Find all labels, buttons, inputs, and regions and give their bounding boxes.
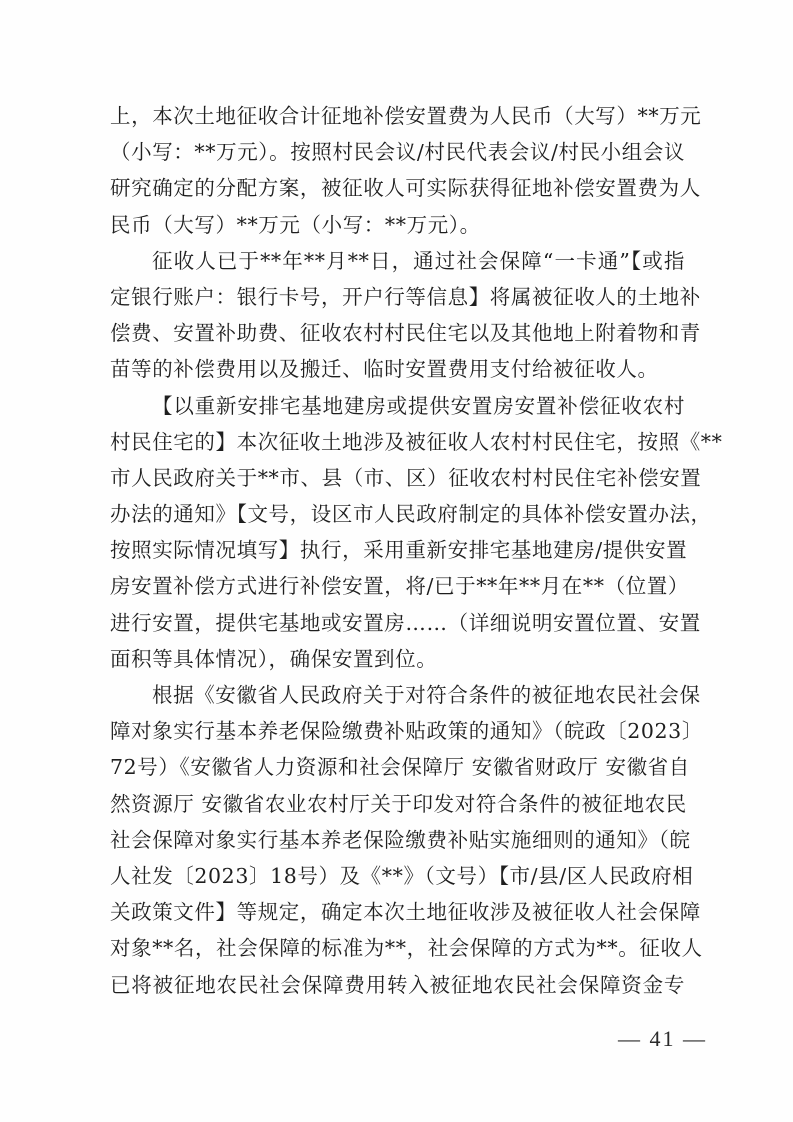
text-line: 定银行账户：银行卡号，开户行等信息】将属被征收人的土地补 <box>110 279 685 315</box>
text-line: 【以重新安排宅基地建房或提供安置房安置补偿征收农村 <box>110 388 685 424</box>
paragraph-social-security: 根据《安徽省人民政府关于对符合条件的被征地农民社会保 障对象实行基本养老保险缴费… <box>110 677 685 1003</box>
document-page: 上，本次土地征收合计征地补偿安置费为人民币（大写）**万元 （小写：**万元）。… <box>0 0 793 1122</box>
text-line: 市人民政府关于**市、县（市、区）征收农村村民住宅补偿安置 <box>110 460 685 496</box>
text-line: 房安置补偿方式进行补偿安置，将/已于**年**月在**（位置） <box>110 568 685 604</box>
paragraph-compensation-amount: 上，本次土地征收合计征地补偿安置费为人民币（大写）**万元 （小写：**万元）。… <box>110 98 685 243</box>
text-line: 进行安置，提供宅基地或安置房……（详细说明安置位置、安置 <box>110 605 685 641</box>
text-line: 偿费、安置补助费、征收农村村民住宅以及其他地上附着物和青 <box>110 315 685 351</box>
page-number: — 41 — <box>618 1026 707 1052</box>
text-line: 民币（大写）**万元（小写：**万元）。 <box>110 207 685 243</box>
text-line: 村民住宅的】本次征收土地涉及被征收人农村村民住宅，按照《** <box>110 424 685 460</box>
text-line: 关政策文件】等规定，确定本次土地征收涉及被征收人社会保障 <box>110 894 685 930</box>
paragraph-resettlement: 【以重新安排宅基地建房或提供安置房安置补偿征收农村 村民住宅的】本次征收土地涉及… <box>110 388 685 678</box>
text-line: 社会保障对象实行基本养老保险缴费补贴实施细则的通知》（皖 <box>110 822 685 858</box>
text-line: 面积等具体情况），确保安置到位。 <box>110 641 685 677</box>
text-line: 72号）《安徽省人力资源和社会保障厅 安徽省财政厅 安徽省自 <box>110 749 685 785</box>
text-line: 人社发〔2023〕18号）及《**》（文号）【市/县/区人民政府相 <box>110 858 685 894</box>
text-line: 根据《安徽省人民政府关于对符合条件的被征地农民社会保 <box>110 677 685 713</box>
text-line: 苗等的补偿费用以及搬迁、临时安置费用支付给被征收人。 <box>110 351 685 387</box>
text-line: 征收人已于**年**月**日，通过社会保障“一卡通”【或指 <box>110 243 685 279</box>
text-line: 研究确定的分配方案，被征收人可实际获得征地补偿安置费为人 <box>110 170 685 206</box>
document-body: 上，本次土地征收合计征地补偿安置费为人民币（大写）**万元 （小写：**万元）。… <box>110 98 685 1003</box>
text-line: 按照实际情况填写】执行，采用重新安排宅基地建房/提供安置 <box>110 532 685 568</box>
text-line: 办法的通知》【文号，设区市人民政府制定的具体补偿安置办法， <box>110 496 685 532</box>
text-line: 上，本次土地征收合计征地补偿安置费为人民币（大写）**万元 <box>110 98 685 134</box>
text-line: 已将被征地农民社会保障费用转入被征地农民社会保障资金专 <box>110 967 685 1003</box>
text-line: 对象**名，社会保障的标准为**，社会保障的方式为**。征收人 <box>110 930 685 966</box>
text-line: 障对象实行基本养老保险缴费补贴政策的通知》（皖政〔2023〕 <box>110 713 685 749</box>
paragraph-payment: 征收人已于**年**月**日，通过社会保障“一卡通”【或指 定银行账户：银行卡号… <box>110 243 685 388</box>
text-line: （小写：**万元）。按照村民会议/村民代表会议/村民小组会议 <box>110 134 685 170</box>
text-line: 然资源厅 安徽省农业农村厅关于印发对符合条件的被征地农民 <box>110 786 685 822</box>
